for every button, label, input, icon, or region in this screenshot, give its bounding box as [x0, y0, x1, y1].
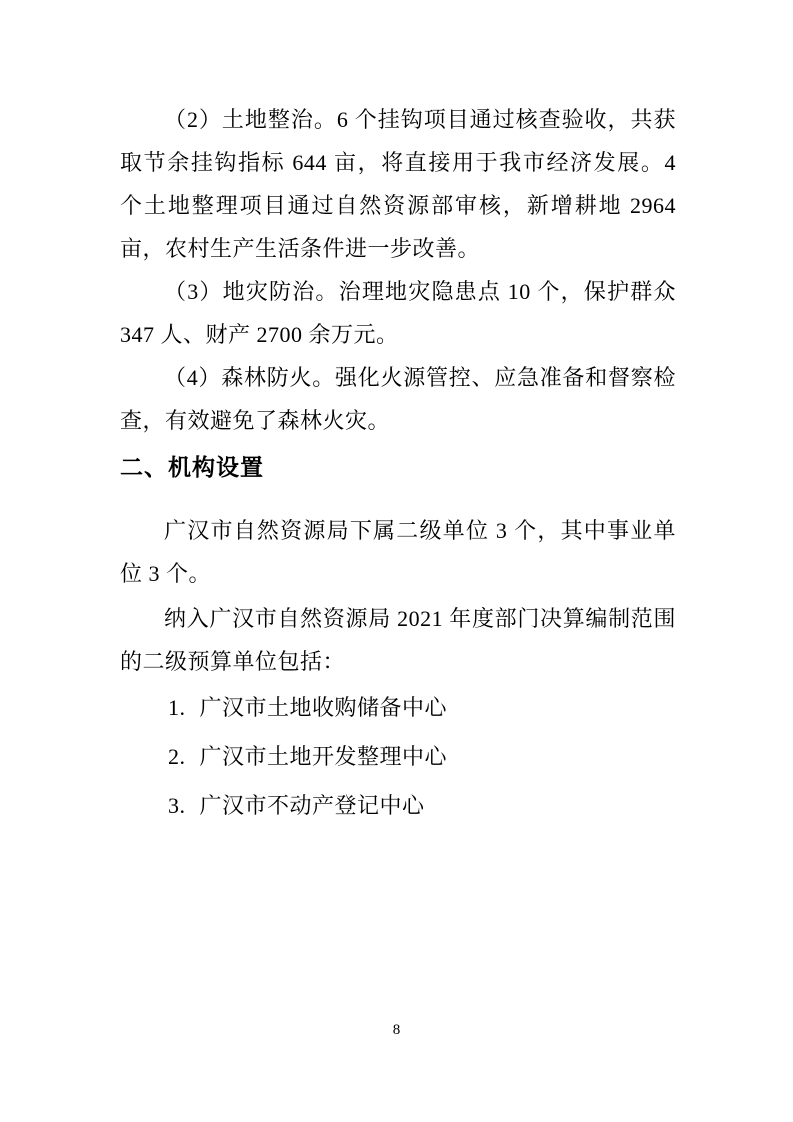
list-item-label: 广汉市不动产登记中心	[200, 793, 425, 818]
document-page: （2）土地整治。6 个挂钩项目通过核查验收，共获取节余挂钩指标 644 亩，将直…	[0, 0, 793, 1122]
list-item: 1.广汉市土地收购储备中心	[120, 683, 676, 732]
budget-unit-list: 1.广汉市土地收购储备中心 2.广汉市土地开发整理中心 3.广汉市不动产登记中心	[120, 683, 676, 830]
list-item: 2.广汉市土地开发整理中心	[120, 732, 676, 781]
list-item-label: 广汉市土地收购储备中心	[200, 695, 448, 720]
list-item-label: 广汉市土地开发整理中心	[200, 744, 448, 769]
section-heading-organization-setup: 二、机构设置	[120, 450, 676, 484]
page-number: 8	[0, 1020, 793, 1040]
paragraph-forest-fire-prevention: （4）森林防火。强化火源管控、应急准备和督察检查，有效避免了森林火灾。	[120, 356, 676, 442]
list-item-number: 1.	[168, 683, 186, 732]
paragraph-subordinate-units: 广汉市自然资源局下属二级单位 3 个，其中事业单位 3 个。	[120, 509, 676, 595]
paragraph-budget-scope: 纳入广汉市自然资源局 2021 年度部门决算编制范围的二级预算单位包括：	[120, 597, 676, 683]
paragraph-geohazard-prevention: （3）地灾防治。治理地灾隐患点 10 个，保护群众 347 人、财产 2700 …	[120, 270, 676, 356]
list-item: 3.广汉市不动产登记中心	[120, 781, 676, 830]
document-body: （2）土地整治。6 个挂钩项目通过核查验收，共获取节余挂钩指标 644 亩，将直…	[120, 98, 676, 830]
paragraph-land-remediation: （2）土地整治。6 个挂钩项目通过核查验收，共获取节余挂钩指标 644 亩，将直…	[120, 98, 676, 270]
list-item-number: 2.	[168, 732, 186, 781]
list-item-number: 3.	[168, 781, 186, 830]
